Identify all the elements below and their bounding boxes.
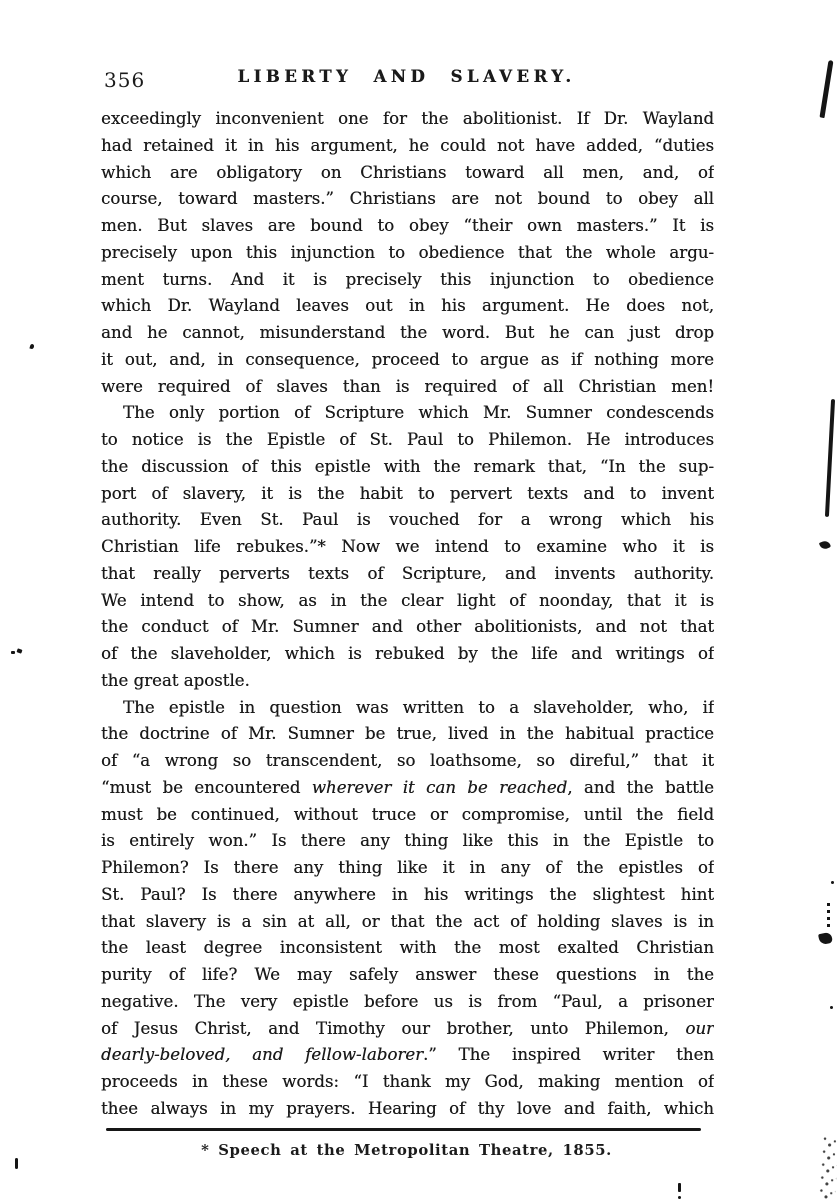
scan-artifact-mid-right-stroke [825, 399, 835, 517]
text-line: The only portion of Scripture which Mr. … [101, 400, 714, 427]
text-line: proceeds in these words: “I thank my God… [101, 1069, 714, 1096]
text-line: We intend to show, as in the clear light… [101, 588, 714, 615]
text-line: that really perverts texts of Scripture,… [101, 561, 714, 588]
scan-artifact-right-dotted-column [827, 903, 830, 929]
text-line: it out, and, in consequence, proceed to … [101, 347, 714, 374]
text-line: the doctrine of Mr. Sumner be true, live… [101, 721, 714, 748]
scan-artifact-left-speck [16, 648, 22, 653]
scan-artifact-left-dot [29, 344, 34, 350]
scan-artifact-right-blob [818, 932, 833, 945]
footnote-rule [106, 1128, 701, 1131]
text-line: precisely upon this injunction to obedie… [101, 240, 714, 267]
text-line: of “a wrong so transcendent, so loathsom… [101, 748, 714, 775]
text-line: ment turns. And it is precisely this inj… [101, 267, 714, 294]
text-line: of Jesus Christ, and Timothy our brother… [101, 1016, 714, 1043]
text-line: “must be encountered wherever it can be … [101, 775, 714, 802]
text-line: of the slaveholder, which is rebuked by … [101, 641, 714, 668]
running-title: LIBERTY AND SLAVERY. [100, 67, 713, 86]
text-line: to notice is the Epistle of St. Paul to … [101, 427, 714, 454]
text-line: negative. The very epistle before us is … [101, 989, 714, 1016]
text-line: which are obligatory on Christians towar… [101, 160, 714, 187]
scan-artifact-dot [830, 1006, 833, 1009]
text-line: The epistle in question was written to a… [101, 695, 714, 722]
scan-artifact-top-right-stroke [819, 60, 833, 118]
scan-artifact-edge-noise [818, 1135, 837, 1200]
text-line: the great apostle. [101, 668, 714, 695]
text-line: the conduct of Mr. Sumner and other abol… [101, 614, 714, 641]
scan-artifact-right-hook [819, 539, 831, 550]
body-text: exceedingly inconvenient one for the abo… [101, 106, 714, 1123]
footnote-text: * Speech at the Metropolitan Theatre, 18… [100, 1142, 713, 1159]
scan-artifact-exclamation-mark [678, 1183, 681, 1192]
text-line: were required of slaves than is required… [101, 374, 714, 401]
text-line: dearly-beloved, and fellow-laborer.” The… [101, 1042, 714, 1069]
text-line: the least degree inconsistent with the m… [101, 935, 714, 962]
text-line: purity of life? We may safely answer the… [101, 962, 714, 989]
text-line: men. But slaves are bound to obey “their… [101, 213, 714, 240]
text-line: must be continued, without truce or comp… [101, 802, 714, 829]
text-line: thee always in my prayers. Hearing of th… [101, 1096, 714, 1123]
text-line: the discussion of this epistle with the … [101, 454, 714, 481]
book-page: 356 LIBERTY AND SLAVERY. exceedingly inc… [0, 0, 837, 1200]
text-line: is entirely won.” Is there any thing lik… [101, 828, 714, 855]
scan-artifact-exclamation-dot [678, 1196, 681, 1199]
text-line: St. Paul? Is there anywhere in his writi… [101, 882, 714, 909]
scan-artifact-dot [831, 881, 834, 884]
text-line: authority. Even St. Paul is vouched for … [101, 507, 714, 534]
text-line: course, toward masters.” Christians are … [101, 186, 714, 213]
text-line: which Dr. Wayland leaves out in his argu… [101, 293, 714, 320]
text-line: had retained it in his argument, he coul… [101, 133, 714, 160]
text-line: port of slavery, it is the habit to perv… [101, 481, 714, 508]
text-line: that slavery is a sin at all, or that th… [101, 909, 714, 936]
scan-artifact-left-speck [11, 651, 15, 654]
text-line: Christian life rebukes.”* Now we intend … [101, 534, 714, 561]
text-line: and he cannot, misunderstand the word. B… [101, 320, 714, 347]
text-line: Philemon? Is there any thing like it in … [101, 855, 714, 882]
text-line: exceedingly inconvenient one for the abo… [101, 106, 714, 133]
scan-artifact-left-apostrophe [15, 1158, 18, 1169]
